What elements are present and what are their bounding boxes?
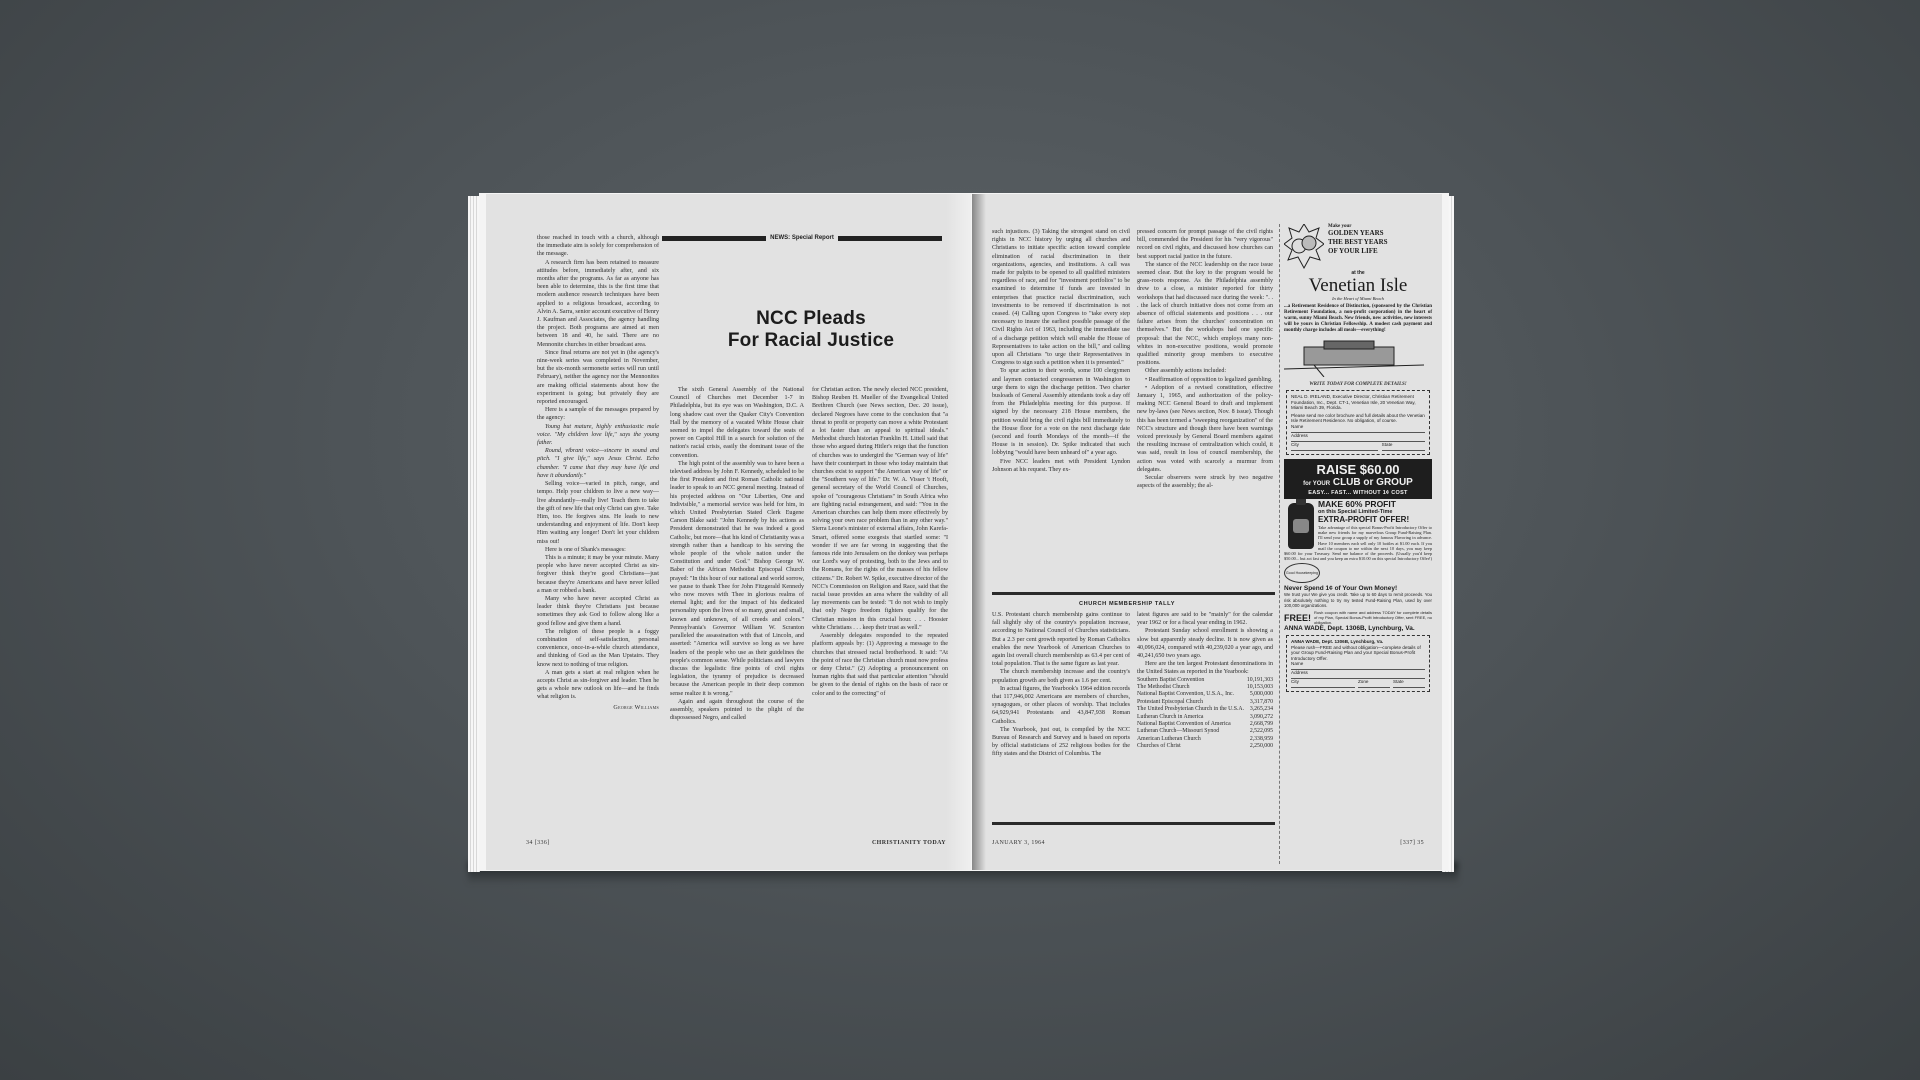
paragraph: Since final returns are not yet in (the …: [537, 349, 659, 406]
paragraph: Secular observers were struck by two neg…: [1137, 474, 1273, 490]
kicker-rule: [662, 236, 766, 241]
address-field[interactable]: Address: [1291, 433, 1425, 442]
article-headline: NCC Pleads For Racial Justice: [666, 308, 956, 352]
state-field[interactable]: State: [1393, 679, 1425, 688]
paragraph: Here are the ten largest Protestant deno…: [1137, 660, 1273, 676]
table-row: Protestant Episcopal Church3,317,870: [1137, 699, 1273, 706]
paragraph: such injustices. (3) Taking the stronges…: [992, 228, 1130, 367]
paragraph: Again and again throughout the course of…: [670, 698, 804, 723]
ad-tagline: GOLDEN YEARS: [1328, 229, 1388, 238]
table-row: Lutheran Church in America3,090,272: [1137, 714, 1273, 721]
paragraph: those reached in touch with a church, al…: [537, 234, 659, 259]
left-column-2: The sixth General Assembly of the Nation…: [670, 386, 804, 722]
fundraiser-ad: RAISE $60.00 for YOUR CLUB or GROUP EASY…: [1284, 459, 1432, 692]
paragraph: Five NCC leaders met with President Lynd…: [992, 458, 1130, 474]
paragraph: Young but mature, highly enthusiastic ma…: [537, 423, 659, 448]
magazine-spread: those reached in touch with a church, al…: [480, 194, 1442, 872]
never-spend: Never Spend 1¢ of Your Own Money!: [1284, 585, 1432, 592]
paragraph: The church membership increase and the c…: [992, 668, 1130, 684]
couple-illustration-icon: [1284, 224, 1324, 270]
page-number-left: 34 [336]: [526, 840, 550, 846]
name-field[interactable]: Name: [1291, 661, 1425, 670]
left-column-3: for Christian action. The newly elected …: [812, 386, 948, 698]
paragraph: The Yearbook, just out, is compiled by t…: [992, 726, 1130, 759]
table-row: The Methodist Church10,153,003: [1137, 684, 1273, 691]
ad-cta: WRITE TODAY FOR COMPLETE DETAILS!: [1284, 382, 1432, 387]
right-page: such injustices. (3) Taking the stronges…: [972, 194, 1448, 870]
section-kicker: NEWS: Special Report: [662, 234, 942, 242]
table-row: Lutheran Church—Missouri Synod2,522,095: [1137, 728, 1273, 735]
table-row: Churches of Christ2,250,000: [1137, 743, 1273, 750]
page-number-right: [337] 35: [1400, 840, 1424, 846]
headline-line-2: For Racial Justice: [666, 330, 956, 352]
left-page: those reached in touch with a church, al…: [480, 194, 976, 870]
issue-date: JANUARY 3, 1964: [992, 840, 1045, 846]
venetian-coupon[interactable]: NEAL D. IRELAND, Executive Director, Chr…: [1286, 390, 1430, 455]
flavoring-bottle-icon: [1288, 503, 1314, 549]
raise-banner: RAISE $60.00 for YOUR CLUB or GROUP EASY…: [1284, 459, 1432, 499]
venetian-isle-ad: Make your GOLDEN YEARS THE BEST YEARS OF…: [1284, 224, 1432, 455]
paragraph: Here is one of Shank's messages:: [537, 546, 659, 554]
author-signature: George Williams: [537, 704, 659, 712]
raise-headline: RAISE $60.00: [1286, 462, 1430, 477]
name-field[interactable]: Name: [1291, 424, 1425, 433]
paragraph: U.S. Protestant church membership gains …: [992, 611, 1130, 668]
paragraph: Round, vibrant voice—sincere in sound an…: [537, 447, 659, 480]
paragraph: latest figures are said to be "mainly" f…: [1137, 611, 1273, 627]
paragraph: To spur action to their words, some 100 …: [992, 367, 1130, 457]
for-your-label: for YOUR: [1303, 481, 1330, 487]
paragraph: for Christian action. The newly elected …: [812, 386, 948, 632]
ad-divider: [1279, 224, 1280, 864]
zone-field[interactable]: Zone: [1358, 679, 1390, 688]
paragraph: The religion of these people is a foggy …: [537, 628, 659, 669]
easy-label: EASY... FAST... WITHOUT 1¢ COST: [1286, 490, 1430, 496]
advertisement-column: Make your GOLDEN YEARS THE BEST YEARS OF…: [1284, 224, 1432, 695]
paragraph: Many who have never accepted Christ as l…: [537, 595, 659, 628]
ad-tagline: THE BEST YEARS: [1328, 238, 1388, 247]
kicker-label: NEWS: Special Report: [766, 235, 838, 241]
headline-line-1: NCC Pleads: [666, 308, 956, 330]
paragraph: • Reaffirmation of opposition to legaliz…: [1137, 376, 1273, 384]
publication-name: CHRISTIANITY TODAY: [872, 840, 946, 846]
city-field[interactable]: City: [1291, 442, 1378, 451]
building-illustration-icon: [1284, 337, 1424, 377]
tally-column-2: latest figures are said to be "mainly" f…: [1137, 611, 1273, 751]
table-row: National Baptist Convention of America2,…: [1137, 721, 1273, 728]
paragraph: pressed concern for prompt passage of th…: [1137, 228, 1273, 261]
ad-tagline: OF YOUR LIFE: [1328, 247, 1388, 256]
ad-title: Venetian Isle: [1284, 276, 1432, 296]
gutter-shading: [972, 194, 986, 870]
paragraph: A research firm has been retained to mea…: [537, 259, 659, 349]
paragraph: Assembly delegates responded to the repe…: [812, 632, 948, 698]
city-field[interactable]: City: [1291, 679, 1355, 688]
kicker-rule: [838, 236, 942, 241]
tally-column-1: U.S. Protestant church membership gains …: [992, 611, 1130, 759]
paragraph: A man gets a start at real religion when…: [537, 669, 659, 702]
address-field[interactable]: Address: [1291, 670, 1425, 679]
right-column-1: such injustices. (3) Taking the stronges…: [992, 228, 1130, 474]
sender-address: ANNA WADE, Dept. 1306B, Lynchburg, Va.: [1284, 625, 1432, 632]
paragraph: Selling voice—varied in pitch, range, an…: [537, 480, 659, 546]
tally-bottom-rule: [992, 822, 1275, 825]
right-column-2: pressed concern for prompt passage of th…: [1137, 228, 1273, 491]
paragraph: • Adoption of a revised constitution, ef…: [1137, 384, 1273, 474]
paragraph: In actual figures, the Yearbook's 1964 e…: [992, 685, 1130, 726]
tally-title: CHURCH MEMBERSHIP TALLY: [992, 601, 1262, 607]
paragraph: Protestant Sunday school enrollment is s…: [1137, 627, 1273, 660]
coupon-address: NEAL D. IRELAND, Executive Director, Chr…: [1291, 394, 1425, 411]
paragraph: Other assembly actions included:: [1137, 367, 1273, 375]
ad-subtitle: In the Heart of Miami Beach: [1284, 296, 1432, 301]
state-field[interactable]: State: [1382, 442, 1425, 451]
ad-body: ...a Retirement Residence of Distinction…: [1284, 304, 1432, 334]
denominations-table: Southern Baptist Convention10,191,303 Th…: [1137, 677, 1273, 751]
coupon-text: Please rush—FREE and without obligation—…: [1291, 645, 1425, 662]
club-label: CLUB or GROUP: [1333, 477, 1413, 488]
paragraph: Here is a sample of the messages prepare…: [537, 406, 659, 422]
paragraph: The stance of the NCC leadership on the …: [1137, 261, 1273, 368]
good-housekeeping-seal-icon: Good Housekeeping: [1284, 563, 1320, 583]
table-row: The United Presbyterian Church in the U.…: [1137, 706, 1273, 713]
page-edges-left: [468, 196, 480, 872]
paragraph: The sixth General Assembly of the Nation…: [670, 386, 804, 460]
paragraph: This is a minute; it may be your minute.…: [537, 554, 659, 595]
left-column-1: those reached in touch with a church, al…: [537, 234, 659, 712]
tally-top-rule: [992, 592, 1275, 595]
coupon-text: Please send me color brochure and full d…: [1291, 413, 1425, 424]
table-row: Southern Baptist Convention10,191,303: [1137, 677, 1273, 684]
free-text: Rush coupon with name and address TODAY …: [1314, 610, 1432, 625]
table-row: National Baptist Convention, U.S.A., Inc…: [1137, 691, 1273, 698]
credit-text: We trust you! We give you credit. Take u…: [1284, 592, 1432, 608]
fundraiser-coupon[interactable]: ANNA WADE, Dept. 1306B, Lynchburg, Va. P…: [1286, 635, 1430, 692]
paragraph: The high point of the assembly was to ha…: [670, 460, 804, 698]
free-label: FREE!: [1284, 613, 1311, 623]
